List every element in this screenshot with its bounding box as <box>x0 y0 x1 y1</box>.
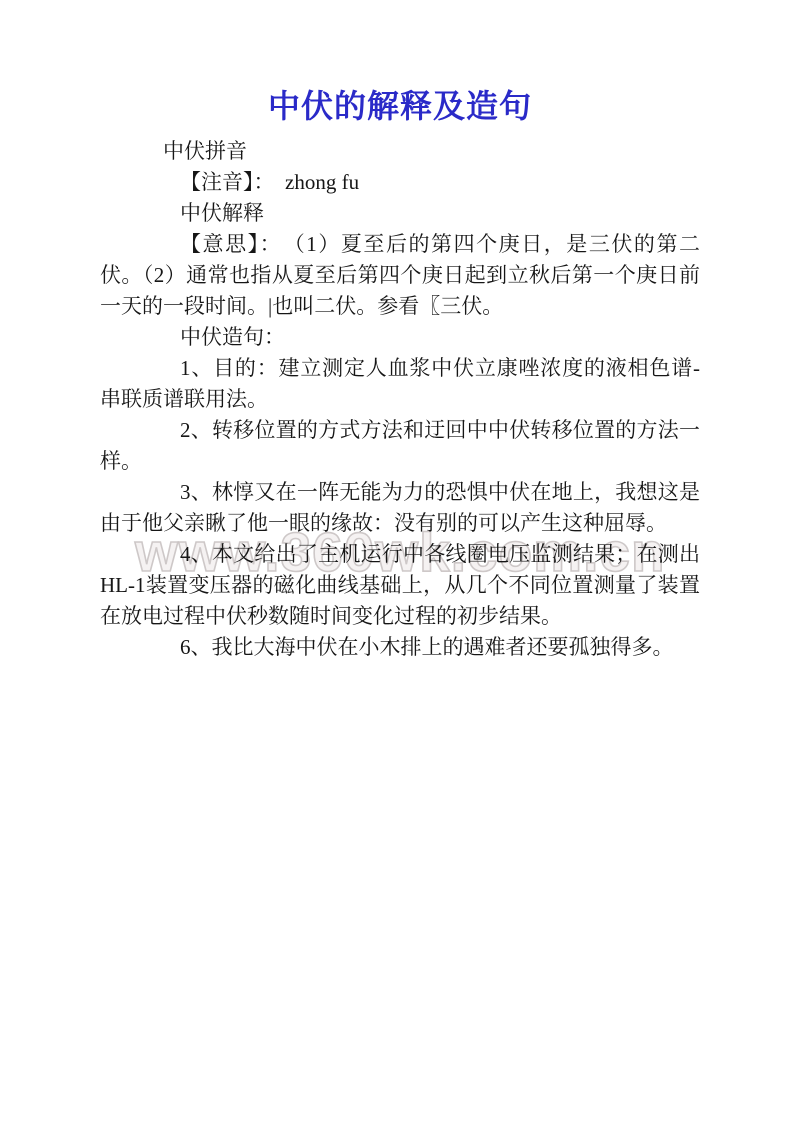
sentence-3: 3、林惇又在一阵无能为力的恐惧中伏在地上，我想这是由于他父亲瞅了他一眼的缘故：没… <box>100 477 700 539</box>
paragraph-jieshi-heading: 中伏解释 <box>100 198 700 229</box>
sentence-6: 6、我比大海中伏在小木排上的遇难者还要孤独得多。 <box>100 632 700 663</box>
sentence-2: 2、转移位置的方式方法和迂回中中伏转移位置的方法一样。 <box>100 415 700 477</box>
paragraph-yisi: 【意思】： （1）夏至后的第四个庚日，是三伏的第二伏。（2）通常也指从夏至后第四… <box>100 229 700 322</box>
sentence-4: 4、本文给出了主机运行中各线圈电压监测结果；在测出HL-1装置变压器的磁化曲线基… <box>100 539 700 632</box>
paragraph-zhuyin: 【注音】： zhong fu <box>100 167 700 198</box>
page-title: 中伏的解释及造句 <box>0 0 800 128</box>
paragraph-pinyin-heading: 中伏拼音 <box>100 136 700 167</box>
document-page: www.360wk.com.cn 中伏的解释及造句 中伏拼音 【注音】： zho… <box>0 0 800 1132</box>
document-body: 中伏拼音 【注音】： zhong fu 中伏解释 【意思】： （1）夏至后的第四… <box>100 136 700 663</box>
sentence-1: 1、目的：建立测定人血浆中伏立康唑浓度的液相色谱-串联质谱联用法。 <box>100 353 700 415</box>
paragraph-zaoju-heading: 中伏造句： <box>100 322 700 353</box>
